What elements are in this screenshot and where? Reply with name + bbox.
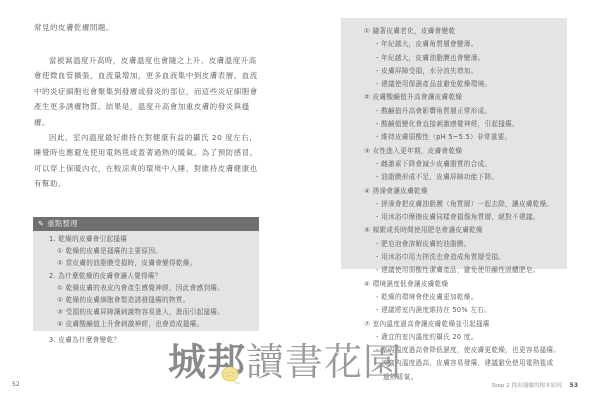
paragraph-3: 因此，室內溫度最好維持在對健康有益的攝氏 20 度左右，睡覺時也應避免使用電熱毯… — [34, 130, 260, 192]
summary-box: 1. 乾燥的皮膚會引起搔癢 ① 乾燥的皮膚是搔癢的主要原因。 ② 當皮膚的油脂膜… — [33, 231, 259, 331]
body-paragraph: 因此，室內溫度最好維持在對健康有益的攝氏 20 度左右，睡覺時也應避免使用電熱毯… — [34, 130, 260, 192]
summary-answer: ③ 受損的皮膚屏障讓刺激物容易進入，進而引起搔癢。 — [57, 306, 259, 318]
watermark-thin-text: 讀書花園 — [246, 340, 402, 384]
pencil-note-icon: ✎ — [38, 219, 47, 228]
section-heading: ⑦ 室內溫度過高會讓皮膚乾燥並引起搔癢 — [364, 318, 567, 331]
summary-title: 重點整理 — [47, 219, 78, 228]
section-bullet: - 用沐浴巾用力搓洗也會造成角質層受損。 — [376, 251, 567, 264]
section-heading: ⑥ 環境濕度低會讓皮膚乾燥 — [364, 278, 567, 291]
section-bullet: - 乾燥的環境會使皮膚更加乾燥。 — [376, 291, 567, 304]
paragraph-2: 當被窩溫度升高時，皮膚溫度也會隨之上升。皮膚溫度升高會使微血管擴張，血流量增加，… — [34, 53, 260, 130]
section-bullet: - 維持皮膚弱酸性（pH 5~5.5）非常重要。 — [376, 131, 567, 144]
section-bullet: - 油脂膜形成不足，皮膚屏障功能下降。 — [376, 171, 567, 184]
summary-answer: ④ 皮膚酸鹼值上升會刺激神經，也會造成搔癢。 — [57, 318, 259, 330]
section-bullet: - 雌激素下降會減少皮膚脂質的合成。 — [376, 158, 567, 171]
section-heading: ① 隨著皮膚老化，皮膚會變乾 — [364, 25, 567, 38]
section-bullet: - 搓澡會把皮膚油脂膜（角質層）一起去除，讓皮膚乾燥。 — [376, 198, 567, 211]
page-number: 53 — [570, 382, 578, 389]
summary-question: 1. 乾燥的皮膚會引起搔癢 — [49, 233, 259, 245]
bird-mascot-icon — [221, 365, 243, 385]
section-bullet: - 皮膚屏障受損，水分流失增加。 — [376, 65, 567, 78]
section-bullet: - 肥皂泡會溶解皮膚的油脂膜。 — [376, 238, 567, 251]
section-bullet: - 年紀越大，皮膚角質層會變薄。 — [376, 38, 567, 51]
section-bullet: - 酸鹼值升高會影響角質層正常形成。 — [376, 105, 567, 118]
body-paragraph: 當被窩溫度升高時，皮膚溫度也會隨之上升。皮膚溫度升高會使微血管擴張，血流量增加，… — [34, 53, 260, 130]
section-heading: ② 皮膚酸鹼值升高會讓皮膚乾燥 — [364, 91, 567, 104]
paragraph-1: 常見的皮膚乾癢問題。 — [34, 20, 260, 35]
running-footer: Step 2 找出搔癢的根本原因 53 — [492, 381, 578, 389]
section-bullet: - 年紀越大，皮膚油脂膜也會變薄。 — [376, 52, 567, 65]
chapter-title: Step 2 找出搔癢的根本原因 — [492, 383, 562, 389]
section-bullet: - 用沐浴巾摩擦皮膚同樣會損傷角質層，絕對不建議。 — [376, 211, 567, 224]
section-bullet: - 建議使用弱酸性潔膚產品，避免使用鹼性固體肥皂。 — [376, 264, 567, 277]
section-bullet: - 酸鹼值變化會直接刺激感覺神經，引起搔癢。 — [376, 118, 567, 131]
summary-answer: ② 乾燥的皮膚細胞會製造誘發搔癢的物質。 — [57, 294, 259, 306]
section-heading: ④ 搓澡會讓皮膚乾燥 — [364, 185, 567, 198]
page-number: 52 — [12, 381, 20, 388]
intro-paragraph: 常見的皮膚乾癢問題。 — [34, 20, 260, 35]
section-bullet: - 建議使用保濕產品並避免乾燥環境。 — [376, 78, 567, 91]
summary-header: ✎ 重點整理 — [33, 217, 259, 231]
section-bullet: - 建議將室內濕度維持在 50% 左右。 — [376, 304, 567, 317]
summary-answer: ② 當皮膚的油脂膜受損時，皮膚會變得乾燥。 — [57, 257, 259, 269]
section-bullet: - 室內溫度過高會降低濕度，使皮膚更乾燥，也更容易搔癢。 — [376, 344, 567, 357]
summary-answer: ① 乾燥的皮膚是搔癢的主要原因。 — [57, 245, 259, 257]
causes-box: ① 隨著皮膚老化，皮膚會變乾 - 年紀越大，皮膚角質層會變薄。 - 年紀越大，皮… — [341, 18, 567, 269]
section-bullet: - 適宜的室內溫度約攝氏 20 度。 — [376, 331, 567, 344]
section-heading: ③ 女性進入更年期，皮膚會乾燥 — [364, 145, 567, 158]
summary-question: 2. 為什麼乾燥的皮膚會讓人覺得癢？ — [49, 270, 259, 282]
section-heading: ⑤ 頻繁或長時間使用肥皂會讓皮膚乾燥 — [364, 224, 567, 237]
section-bullet: - 被窩內溫度過高，皮膚容易發癢，建議避免使用電熱毯或 — [376, 357, 567, 370]
watermark-logo: 城邦讀書花園 — [168, 338, 402, 386]
summary-answer: ① 乾燥皮膚的表皮內會產生感覺神經，因此會感到癢。 — [57, 282, 259, 294]
